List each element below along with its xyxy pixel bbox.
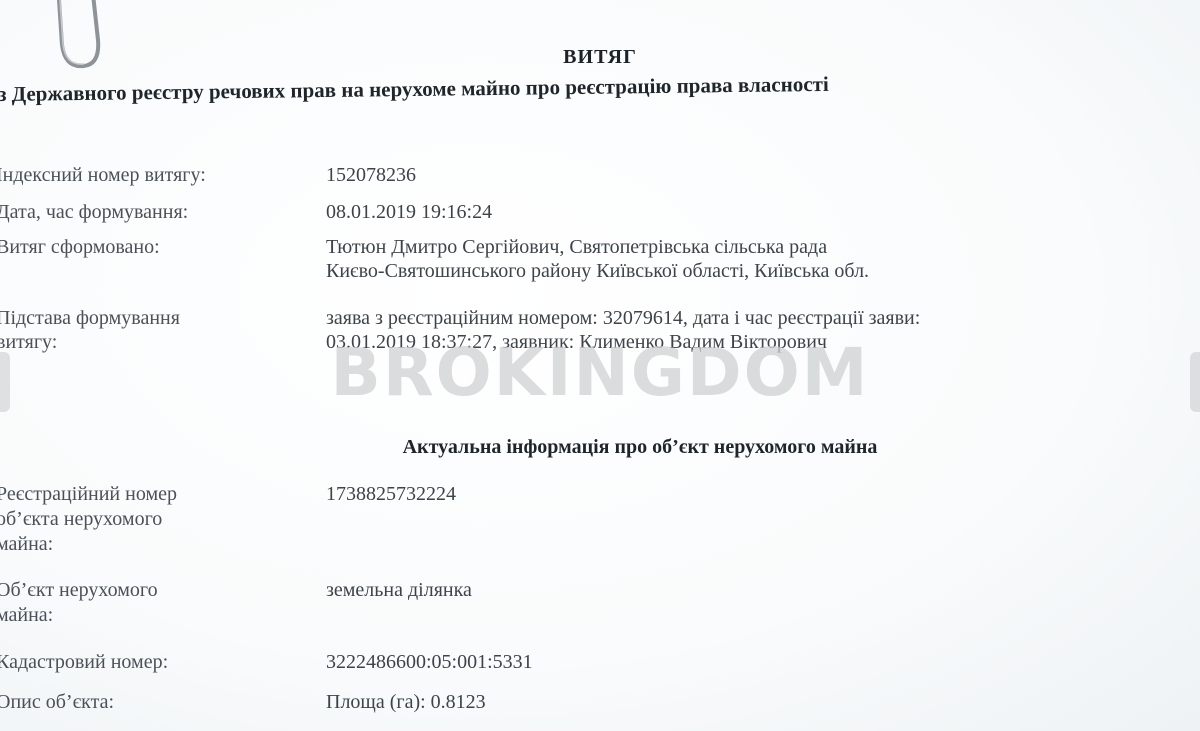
field-value-line-1: заява з реєстраційним номером: 32079614,… — [326, 306, 1200, 331]
scan-edge-mark — [0, 352, 10, 412]
field-label-line-2: витягу: — [0, 330, 316, 355]
field-label-line-1: Об’єкт нерухомого — [0, 578, 316, 603]
field-value: 1738825732224 — [326, 482, 1200, 507]
field-label-line-1: Реєстраційний номер — [0, 482, 316, 507]
field-value: 08.01.2019 19:16:24 — [326, 200, 1200, 225]
field-label: Витяг сформовано: — [0, 235, 316, 260]
field-value-line-1: Тютюн Дмитро Сергійович, Святопетрівська… — [326, 235, 1200, 260]
field-label-line-2: об’єкта нерухомого — [0, 507, 316, 532]
field-label-line-1: Підстава формування — [0, 306, 316, 331]
field-value: Площа (га): 0.8123 — [326, 690, 1200, 715]
field-label: Кадастровий номер: — [0, 650, 316, 675]
field-value: 3222486600:05:001:5331 — [326, 650, 1200, 675]
field-value-line-2: Києво-Святошинського району Київської об… — [326, 259, 1200, 284]
field-value: 152078236 — [326, 163, 1200, 188]
field-value: земельна ділянка — [326, 578, 1200, 603]
field-label: Опис об’єкта: — [0, 690, 316, 715]
section-title: Актуальна інформація про об’єкт нерухомо… — [0, 436, 1200, 459]
document-title: ВИТЯГ — [0, 46, 1200, 69]
field-label: Дата, час формування: — [0, 200, 316, 225]
field-label-line-2: майна: — [0, 603, 316, 628]
field-label: Індексний номер витягу: — [0, 163, 316, 188]
subtitle-text: з Державного реєстру речових прав на нер… — [0, 72, 829, 106]
field-label-line-3: майна: — [0, 532, 316, 557]
field-value-line-2: 03.01.2019 18:37:27, заявник: Клименко В… — [326, 330, 1200, 355]
scan-edge-mark — [1190, 352, 1200, 412]
document-page: ВИТЯГ з Державного реєстру речових прав … — [0, 0, 1200, 731]
document-subtitle: з Державного реєстру речових прав на нер… — [0, 67, 1200, 107]
